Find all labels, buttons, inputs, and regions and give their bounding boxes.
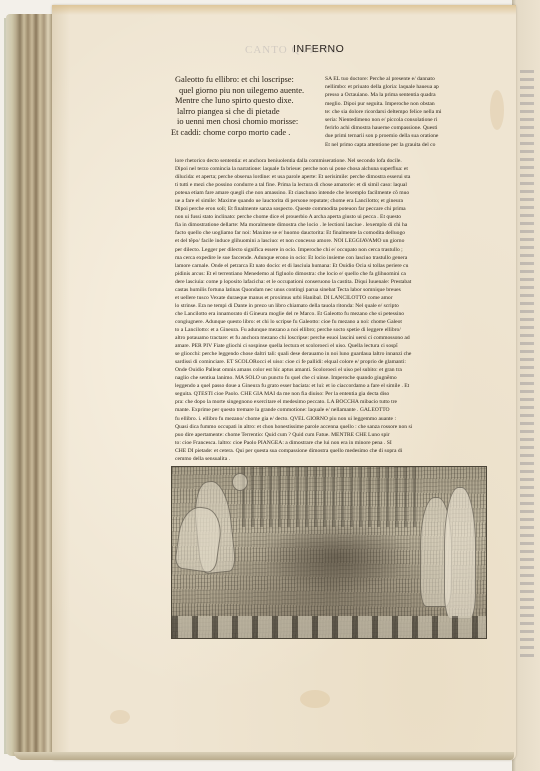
commentary-line: mante. Exprime per questo tremare la gra…	[175, 406, 487, 414]
foxing-stain	[490, 90, 504, 130]
commentary-line: et del tẽpo/ facile induce glihuomini a …	[175, 237, 487, 245]
commentary-line: cemmo della sensualita .	[175, 455, 487, 463]
page-top-discoloration	[52, 5, 516, 15]
verse-line: lalrro piangea si che di pietade	[175, 107, 323, 118]
commentary-line: pidinis arcus: Et el terrentiano Menedem…	[175, 270, 487, 278]
commentary-side-column: SA EL tuo doctore: Perche al presente e/…	[325, 75, 487, 149]
page-block-edges	[6, 14, 54, 756]
woodcut-souls-whirlwind	[262, 522, 412, 592]
commentary-line: seguita. QTESTI cioe Paolo. CHE GIA MAI …	[175, 390, 487, 398]
commentary-line: CHE DI pietade: et cetera. Qui per quest…	[175, 447, 487, 455]
commentary-line: sardissi di cominciare. ET SCOLORocci el…	[175, 358, 487, 366]
commentary-line: SA EL tuo doctore: Perche al presente e/…	[325, 75, 487, 83]
woodcut-rock-ledge	[172, 616, 486, 638]
commentary-line: Onde Ouidio Palleat omnis amans color es…	[175, 366, 487, 374]
commentary-line: leggendo a quel passo doue a Gineura fu …	[175, 382, 487, 390]
running-head: INFERNO	[293, 43, 344, 55]
commentary-line: presso a Octauiano. Ma la prima sententi…	[325, 91, 487, 99]
commentary-line: dilucida: et aperta; perche obserua lord…	[175, 173, 487, 181]
commentary-line: dere lasciuia: come p loposito lafacicha…	[175, 278, 487, 286]
verse-line: quel giorno piu non uilegemo auente.	[175, 86, 323, 97]
commentary-line: ti tutti e mezi che possino condurre a t…	[175, 181, 487, 189]
verse-column: Galeotto fu ellibro: et chi loscripse: q…	[175, 75, 323, 139]
commentary-line: ma cerca expedire le sue faccende. Adunq…	[175, 254, 487, 262]
commentary-line: amare. PER PIV Fiate gliochi ci sospinse…	[175, 342, 487, 350]
page-bottom-edge	[14, 752, 514, 760]
commentary-line: altro potauamo tractare: et fu anchora m…	[175, 334, 487, 342]
woodcut-figure-head	[232, 473, 248, 491]
verse-line: io uenni men chosi chomio morisse:	[175, 117, 323, 128]
commentary-line: Quasi dica fummo occupati in altro: et c…	[175, 423, 487, 431]
woodcut-figure-dante	[444, 487, 476, 619]
commentary-line: Dipoi nel terzo comincia la narratione: …	[175, 165, 487, 173]
commentary-line: et uellere tusco Vexate duraeque manus e…	[175, 294, 487, 302]
commentary-line: seria: Nientedimeno non e/ piccola conso…	[325, 116, 487, 124]
commentary-line: naglio che sentiua lanimo. MA SOLO un pu…	[175, 374, 487, 382]
commentary-line: to: cioe Francesca. laltro: cioe Paolo P…	[175, 439, 487, 447]
commentary-line: fu ellibro. i. ellibro fu mezano/ chome …	[175, 415, 487, 423]
verse-line: Mentre che luno spirto questo dixe.	[175, 96, 323, 107]
woodcut-illustration	[171, 466, 487, 639]
commentary-line: lore rhetorico decto sententia: et ancho…	[175, 157, 487, 165]
foxing-stain	[300, 690, 330, 708]
commentary-line: puo dire apertamente: chome Terrentio: Q…	[175, 431, 487, 439]
woodcut-trees	[242, 467, 422, 527]
commentary-line: Et nel primo capta attentione per la gra…	[325, 141, 487, 149]
commentary-line: ferirlo achi dimostra hauerne compassion…	[325, 124, 487, 132]
commentary-line: non ui fussi stato inclinato: perche cho…	[175, 213, 487, 221]
commentary-line: ue a fare el simile: Maxime quando ue la…	[175, 197, 487, 205]
verse-line: Galeotto fu ellibro: et chi loscripse:	[175, 75, 323, 86]
commentary-line: Dipoi perche eron soli; Et finalmente sa…	[175, 205, 487, 213]
commentary-line: fia in dimostratione dellarte: Ma moralm…	[175, 221, 487, 229]
commentary-line: congiugnere. Adunque questo libro: et ch…	[175, 318, 487, 326]
facing-page-text-show	[520, 70, 534, 660]
commentary-line: nellimbo: et priuato della gloria: laqua…	[325, 83, 487, 91]
foxing-stain	[110, 710, 130, 724]
commentary-line: pra: che dopo la morte singegnono exerci…	[175, 398, 487, 406]
commentary-line: to a Lancilotto: et a Gineura. Fu adunqu…	[175, 326, 487, 334]
commentary-line: che Lancilotto era innamorato di Gineura…	[175, 310, 487, 318]
commentary-line: se gliocchi: perche leggendo chose daltr…	[175, 350, 487, 358]
commentary-line: te: che sia dolore ricordarsi deltempo f…	[325, 108, 487, 116]
commentary-line: poteua etiam fare amare quegli che non a…	[175, 189, 487, 197]
commentary-line: lo strinse. Era ne tempi di Dante in pre…	[175, 302, 487, 310]
commentary-line: castas humilis fortuna latinas Quondam n…	[175, 286, 487, 294]
commentary-line: facto quello che uogliamo far noi: Maxim…	[175, 229, 487, 237]
commentary-line: per dilecto. Legger per dilecto signific…	[175, 246, 487, 254]
commentary-line: due primi ternarii son p proemio della s…	[325, 132, 487, 140]
commentary-line: meglio. Dipoi pur seguita. Imperoche non…	[325, 100, 487, 108]
commentary-full-width: lore rhetorico decto sententia: et ancho…	[175, 157, 487, 463]
verse-line: Et caddi: chome corpo morto cade .	[171, 128, 323, 139]
commentary-line: lamore carnale. Onde el petrarca Et nato…	[175, 262, 487, 270]
